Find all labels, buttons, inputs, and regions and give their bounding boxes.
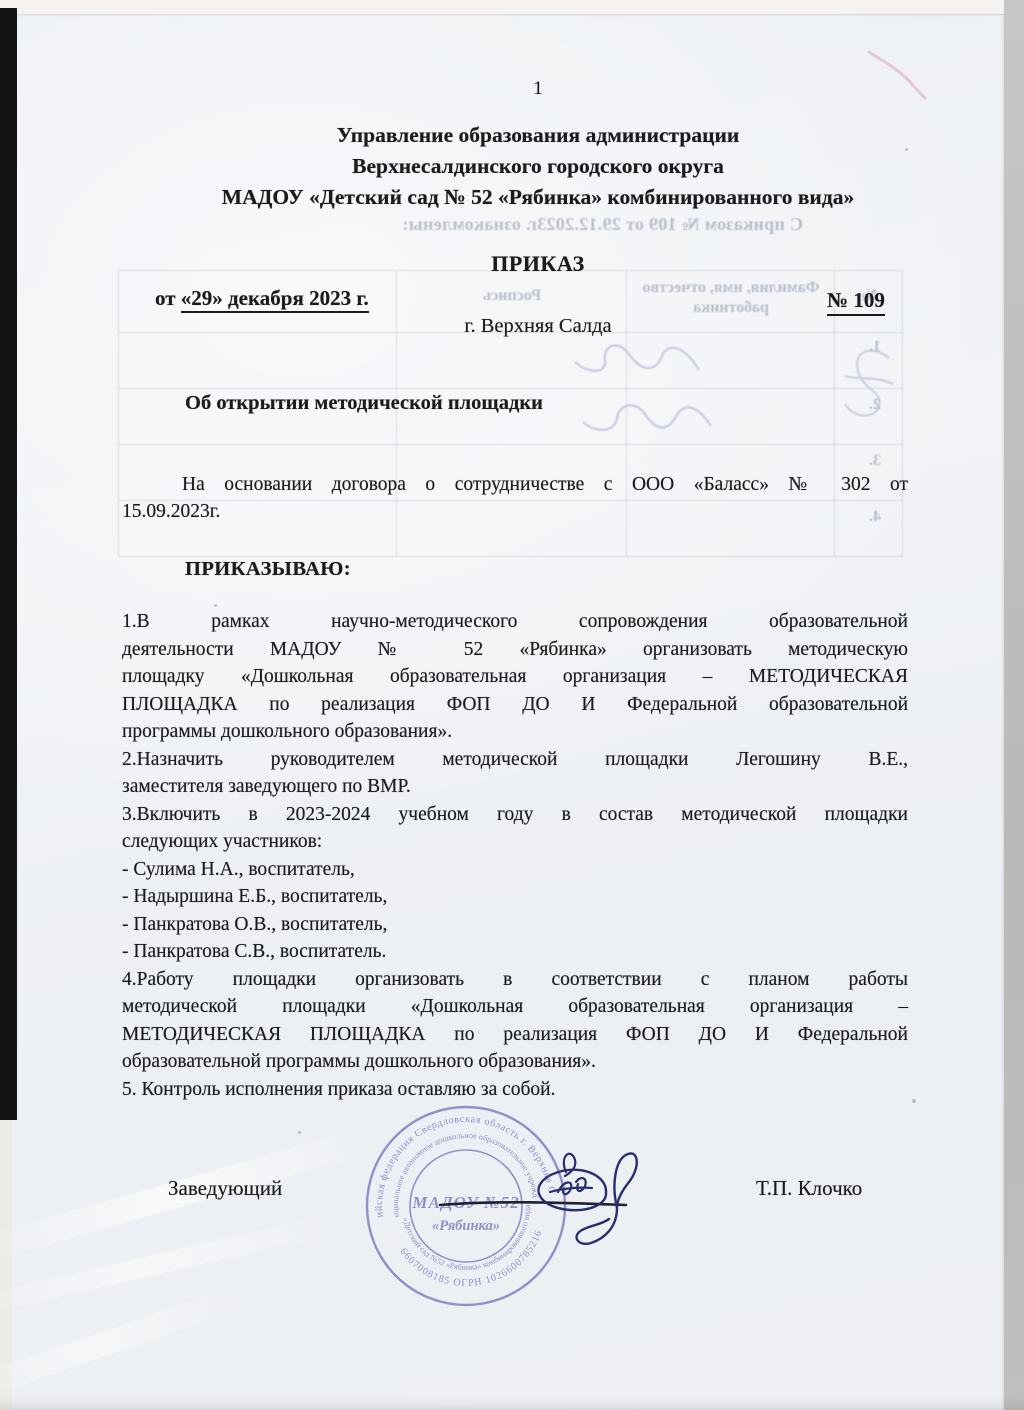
order-text-line: - Панкратова О.В., воспитатель,	[122, 911, 908, 939]
order-text-line: 1.В рамках научно-методического сопровож…	[122, 608, 908, 636]
order-date: от «29» декабря 2023 г.	[155, 286, 369, 311]
bleed-header-sign: Роспись	[397, 286, 627, 306]
bleed-signature-squiggle	[577, 390, 717, 444]
bleed-signature-squiggle	[835, 340, 903, 428]
order-text-line: деятельности МАДОУ № 52 «Рябинка» органи…	[122, 636, 908, 664]
signature-letters	[550, 1154, 592, 1194]
order-text-line: - Надыршина Е.Б., воспитатель,	[122, 883, 908, 911]
page-number: 1	[56, 78, 1020, 100]
order-text-line: заместителя заведующего по ВМР.	[122, 773, 908, 801]
order-title: ПРИКАЗ	[56, 251, 1020, 277]
order-text-line: методической площадки «Дошкольная образо…	[122, 993, 908, 1021]
handwritten-signature	[420, 1130, 700, 1300]
scan-bottom-shadow	[0, 1396, 1024, 1410]
order-text-line: ПЛОЩАДКА по реализация ФОП ДО И Федераль…	[122, 691, 908, 719]
order-subject: Об открытии методической площадки	[185, 392, 543, 415]
bleed-note: С приказом № 109 от 29.12.2023г. ознаком…	[402, 214, 803, 235]
decree-word: ПРИКАЗЫВАЮ:	[185, 558, 351, 581]
order-text-line: следующих участников:	[122, 828, 908, 856]
order-number: № 109	[827, 288, 885, 316]
org-header-line2: Верхнесалдинского городского округа	[56, 151, 1020, 182]
order-date-prefix: от	[155, 286, 181, 310]
signatory-name: Т.П. Клочко	[756, 1176, 862, 1201]
order-date-value: «29» декабря 2023 г.	[181, 286, 369, 313]
order-text-line: - Панкратова С.В., воспитатель.	[122, 938, 908, 966]
bleed-row-num: 3.	[869, 452, 881, 470]
order-text-line: программы дошкольного образования».	[122, 718, 908, 746]
signature-flourish	[577, 1153, 637, 1243]
org-header: Управление образования администрации Вер…	[56, 120, 1020, 213]
signatory-title: Заведующий	[168, 1176, 282, 1201]
order-text-line: 3.Включить в 2023-2024 учебном году в со…	[122, 801, 908, 829]
order-text-line: - Сулима Н.А., воспитатель,	[122, 856, 908, 884]
scanned-order-page: С приказом № 109 от 29.12.2023г. ознаком…	[0, 0, 1024, 1410]
order-text-line: 2.Назначить руководителем методической п…	[122, 746, 908, 774]
order-text-line: площадку «Дошкольная образовательная орг…	[122, 663, 908, 691]
paper-speckle	[214, 604, 217, 607]
basis-line1: На основании договора о сотрудничестве с…	[122, 474, 908, 496]
org-header-line3: МАДОУ «Детский сад № 52 «Рябинка» комбин…	[56, 182, 1020, 213]
bleed-signature-squiggle	[567, 332, 707, 388]
scan-edge-shadow	[0, 8, 17, 1120]
basis-line2: 15.09.2023г.	[122, 501, 908, 523]
order-city: г. Верхняя Салда	[56, 315, 1020, 338]
org-header-line1: Управление образования администрации	[56, 120, 1020, 151]
paper-speckle	[912, 1099, 916, 1103]
order-text-line: МЕТОДИЧЕСКАЯ ПЛОЩАДКА по реализация ФОП …	[122, 1021, 908, 1049]
order-text-line: образовательной программы дошкольного об…	[122, 1048, 908, 1076]
order-body: 1.В рамках научно-методического сопровож…	[122, 608, 908, 1103]
order-text-line: 4.Работу площадки организовать в соответ…	[122, 966, 908, 994]
bleed-header-name: Фамилия, имя, отчество работника	[627, 278, 835, 318]
paper-speckle	[298, 1131, 301, 1134]
